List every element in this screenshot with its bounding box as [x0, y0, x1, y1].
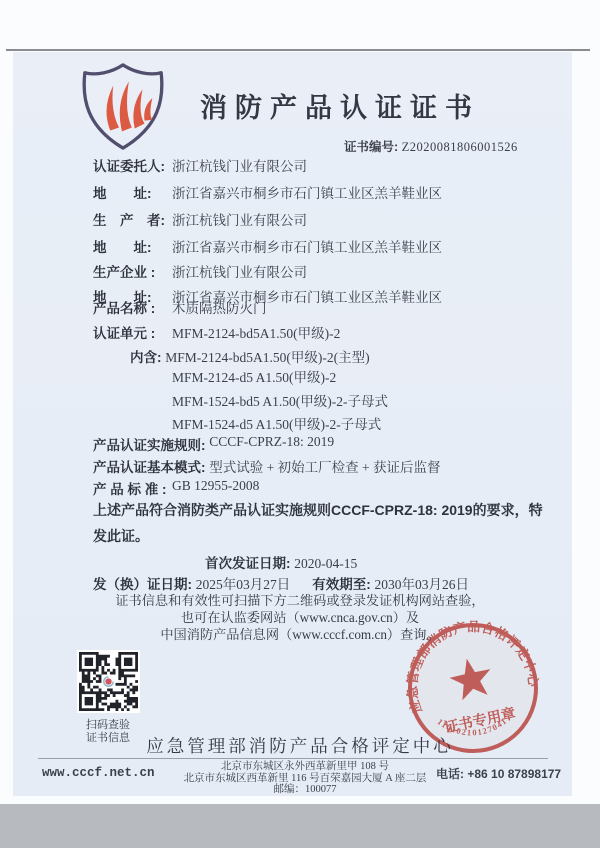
field-label: 产品认证实施规则: — [93, 434, 206, 454]
qr-code — [77, 650, 140, 713]
field-value: 浙江省嘉兴市桐乡市石门镇工业区羔羊鞋业区 — [172, 240, 442, 255]
reissue-date-row: 发（换）证日期: 2025年03月27日有效期至: 2030年03月26日 — [93, 573, 469, 593]
certificate-number-label: 证书编号: — [344, 140, 398, 154]
field-value: MFM-2124-bd5A1.50(甲级)-2 — [172, 326, 340, 341]
field-label: 内含: — [130, 346, 162, 366]
conformity-statement: 上述产品符合消防类产品认证实施规则CCCF-CPRZ-18: 2019的要求，特… — [93, 497, 555, 549]
footer-postcode: 邮编：100077 — [150, 784, 460, 796]
footer-website: www.cccf.net.cn — [42, 766, 155, 780]
footer-address-line: 北京市东城区西革新里 116 号百荣嘉园大厦 A 座二层 — [150, 773, 460, 785]
field-value: 浙江省嘉兴市桐乡市石门镇工业区羔羊鞋业区 — [172, 186, 442, 201]
first-issue-date-row: 首次发证日期: 2020-04-15 — [205, 552, 357, 572]
field-value: 浙江杭钱门业有限公司 — [172, 265, 307, 280]
field-value: 浙江杭钱门业有限公司 — [172, 213, 307, 228]
field-label: 产 品 标 准 : — [93, 478, 172, 498]
field-row-includes: 内含: MFM-2124-bd5A1.50(甲级)-2(主型) — [93, 346, 370, 366]
field-row-address-2: 地 址:浙江省嘉兴市桐乡市石门镇工业区羔羊鞋业区 — [93, 236, 442, 256]
field-value: MFM-1524-d5 A1.50(甲级)-2-子母式 — [172, 417, 381, 432]
field-row-impl-rule: 产品认证实施规则: CCCF-CPRZ-18: 2019 — [93, 434, 334, 454]
field-row-model-3: MFM-1524-bd5 A1.50(甲级)-2-子母式 — [172, 390, 388, 410]
field-value: MFM-1524-bd5 A1.50(甲级)-2-子母式 — [172, 394, 388, 409]
field-label: 产品认证基本模式: — [93, 456, 206, 476]
certificate-content: 消防产品认证证书 证书编号: Z2020081806001526 认证委托人:浙… — [0, 0, 600, 848]
field-row-applicant: 认证委托人:浙江杭钱门业有限公司 — [93, 155, 307, 175]
field-label: 认证单元 : — [93, 322, 172, 342]
issuing-organization: 应急管理部消防产品合格评定中心 — [40, 733, 560, 758]
field-row-product-standard: 产 品 标 准 :GB 12955-2008 — [93, 478, 259, 498]
field-label: 生产企业 : — [93, 261, 172, 281]
fire-shield-logo-icon — [78, 60, 168, 152]
field-row-basic-mode: 产品认证基本模式: 型式试验 + 初始工厂检查 + 获证后监督 — [93, 456, 441, 476]
field-row-model-2: MFM-2124-d5 A1.50(甲级)-2 — [172, 366, 336, 386]
footer-address: 北京市东城区永外西革新里甲 108 号 北京市东城区西革新里 116 号百荣嘉园… — [150, 761, 460, 796]
qr-code-icon — [79, 652, 138, 711]
field-value: CCCF-CPRZ-18: 2019 — [209, 434, 334, 449]
reissue-label: 发（换）证日期: — [93, 577, 192, 592]
field-label: 生 产 者: — [93, 209, 172, 229]
field-row-manufacturer: 生产企业 :浙江杭钱门业有限公司 — [93, 261, 307, 281]
field-row-producer: 生 产 者:浙江杭钱门业有限公司 — [93, 209, 307, 229]
reissue-value: 2025年03月27日 — [196, 577, 291, 592]
field-value: GB 12955-2008 — [172, 478, 259, 493]
field-label: 产品名称 : — [93, 297, 172, 317]
field-label: 认证委托人: — [93, 155, 172, 175]
valid-until-label: 有效期至: — [312, 577, 371, 592]
verification-note-line: 证书信息和有效性可扫描下方二维码或登录发证机构网站查验， — [40, 593, 560, 610]
certificate-title: 消防产品认证证书 — [200, 86, 480, 125]
footer-address-line: 北京市东城区永外西革新里甲 108 号 — [150, 761, 460, 773]
field-label: 地 址: — [93, 236, 172, 256]
field-value: 型式试验 + 初始工厂检查 + 获证后监督 — [209, 460, 440, 475]
valid-until-value: 2030年03月26日 — [375, 577, 470, 592]
first-issue-label: 首次发证日期: — [205, 556, 291, 571]
field-label: 地 址: — [93, 182, 172, 202]
first-issue-value: 2020-04-15 — [294, 556, 357, 571]
qr-caption-line: 扫码查验 — [76, 719, 140, 732]
field-row-address-1: 地 址:浙江省嘉兴市桐乡市石门镇工业区羔羊鞋业区 — [93, 182, 442, 202]
field-value: MFM-2124-bd5A1.50(甲级)-2(主型) — [165, 350, 369, 365]
field-value: 木质隔热防火门 — [172, 301, 267, 316]
certificate-number: 证书编号: Z2020081806001526 — [344, 137, 518, 155]
field-row-model-4: MFM-1524-d5 A1.50(甲级)-2-子母式 — [172, 413, 381, 433]
field-row-cert-unit: 认证单元 :MFM-2124-bd5A1.50(甲级)-2 — [93, 322, 340, 342]
field-row-product-name: 产品名称 :木质隔热防火门 — [93, 297, 267, 317]
field-value: MFM-2124-d5 A1.50(甲级)-2 — [172, 370, 336, 385]
footer-phone: 电话: +86 10 87898177 — [436, 765, 561, 782]
certificate-number-value: Z2020081806001526 — [402, 140, 518, 154]
field-value: 浙江杭钱门业有限公司 — [172, 159, 307, 174]
footer-divider — [38, 758, 548, 759]
qr-block: 扫码查验 证书信息 — [76, 650, 140, 745]
